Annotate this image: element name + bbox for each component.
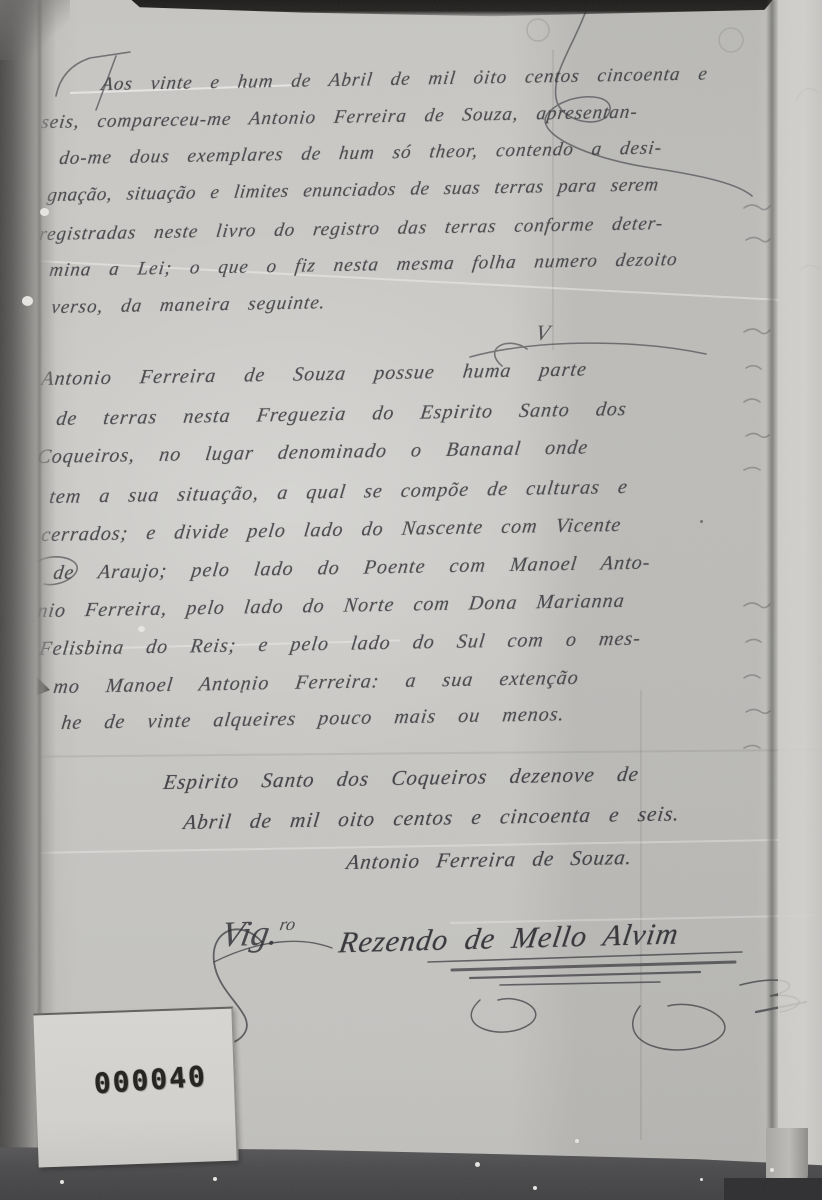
vertical-fold — [552, 50, 554, 350]
manuscript-line: tem a sua situação, a qual se compõe de … — [48, 476, 629, 509]
dust-speck — [533, 1186, 537, 1190]
page-crease — [766, 0, 778, 1200]
stamp-slip: 000040 — [33, 1007, 238, 1168]
manuscript-line: Coqueiros, no lugar denominado o Bananal… — [36, 436, 590, 469]
signature-title: Vig.ro — [218, 911, 298, 955]
manuscript-line: gnação, situação e limites enunciados de… — [46, 174, 660, 207]
dust-speck — [213, 1177, 217, 1181]
stamp-number: 000040 — [93, 1060, 208, 1101]
manuscript-line: mo Manoel Antonio Ferreira: a sua extenç… — [52, 667, 580, 699]
signature-title-text: Vig. — [218, 912, 282, 954]
ink-speck — [240, 690, 243, 693]
stain-ring — [527, 19, 549, 41]
ink-speck — [480, 70, 483, 73]
manuscript-line: nio Ferreira, pelo lado do Norte com Don… — [36, 590, 626, 623]
top-left-shadow — [0, 0, 70, 60]
section-mark: V — [534, 320, 552, 346]
manuscript-line: de Araujo; pelo lado do Poente com Manoe… — [52, 552, 652, 585]
top-edge-shadow — [0, 0, 822, 18]
stain-ring — [719, 28, 743, 52]
dust-speck — [770, 1168, 774, 1172]
manuscript-line: de terras nesta Freguezia do Espirito Sa… — [55, 398, 628, 431]
dust-speck — [138, 626, 145, 632]
dust-speck — [475, 1162, 480, 1167]
signature-title-superscript: ro — [278, 914, 297, 935]
top-ornament-flourish — [545, 0, 752, 196]
dust-speck — [22, 296, 33, 306]
signature-name: Rezendo de Mello Alvim — [337, 918, 681, 961]
ink-speck — [700, 520, 703, 523]
manuscript-line: Aos vinte e hum de Abril de mil oito cen… — [100, 63, 709, 96]
dust-speck — [575, 1139, 579, 1143]
manuscript-line: verso, da maneira seguinte. — [50, 292, 327, 319]
dust-speck — [700, 1178, 703, 1181]
adjacent-page-edge — [778, 0, 822, 1200]
signatory-name: Antonio Ferreira de Souza. — [345, 845, 634, 875]
vertical-fold — [640, 690, 642, 1140]
manuscript-line: seis, compareceu-me Antonio Ferreira de … — [40, 102, 639, 134]
closing-line: Abril de mil oito centos e cincoenta e s… — [182, 801, 681, 835]
scratch-line — [0, 749, 822, 758]
manuscript-line: he de vinte alqueires pouco mais ou meno… — [60, 703, 566, 735]
manuscript-line: cerrados; e divide pelo lado do Nascente… — [40, 514, 623, 547]
manuscript-line: registradas neste livro do registro das … — [38, 213, 665, 246]
manuscript-line: Antonio Ferreira de Souza possue huma pa… — [40, 359, 588, 391]
scanned-document-page: Aos vinte e hum de Abril de mil oito cen… — [0, 0, 822, 1200]
manuscript-line: Felisbina do Reis; e pelo lado do Sul co… — [38, 628, 642, 661]
closing-line: Espirito Santo dos Coqueiros dezenove de — [162, 762, 641, 795]
dust-speck — [40, 208, 49, 216]
manuscript-line: do-me dous exemplares de hum só theor, c… — [58, 138, 663, 170]
bottom-right-shadow — [724, 1178, 822, 1200]
dust-speck — [60, 1180, 64, 1184]
